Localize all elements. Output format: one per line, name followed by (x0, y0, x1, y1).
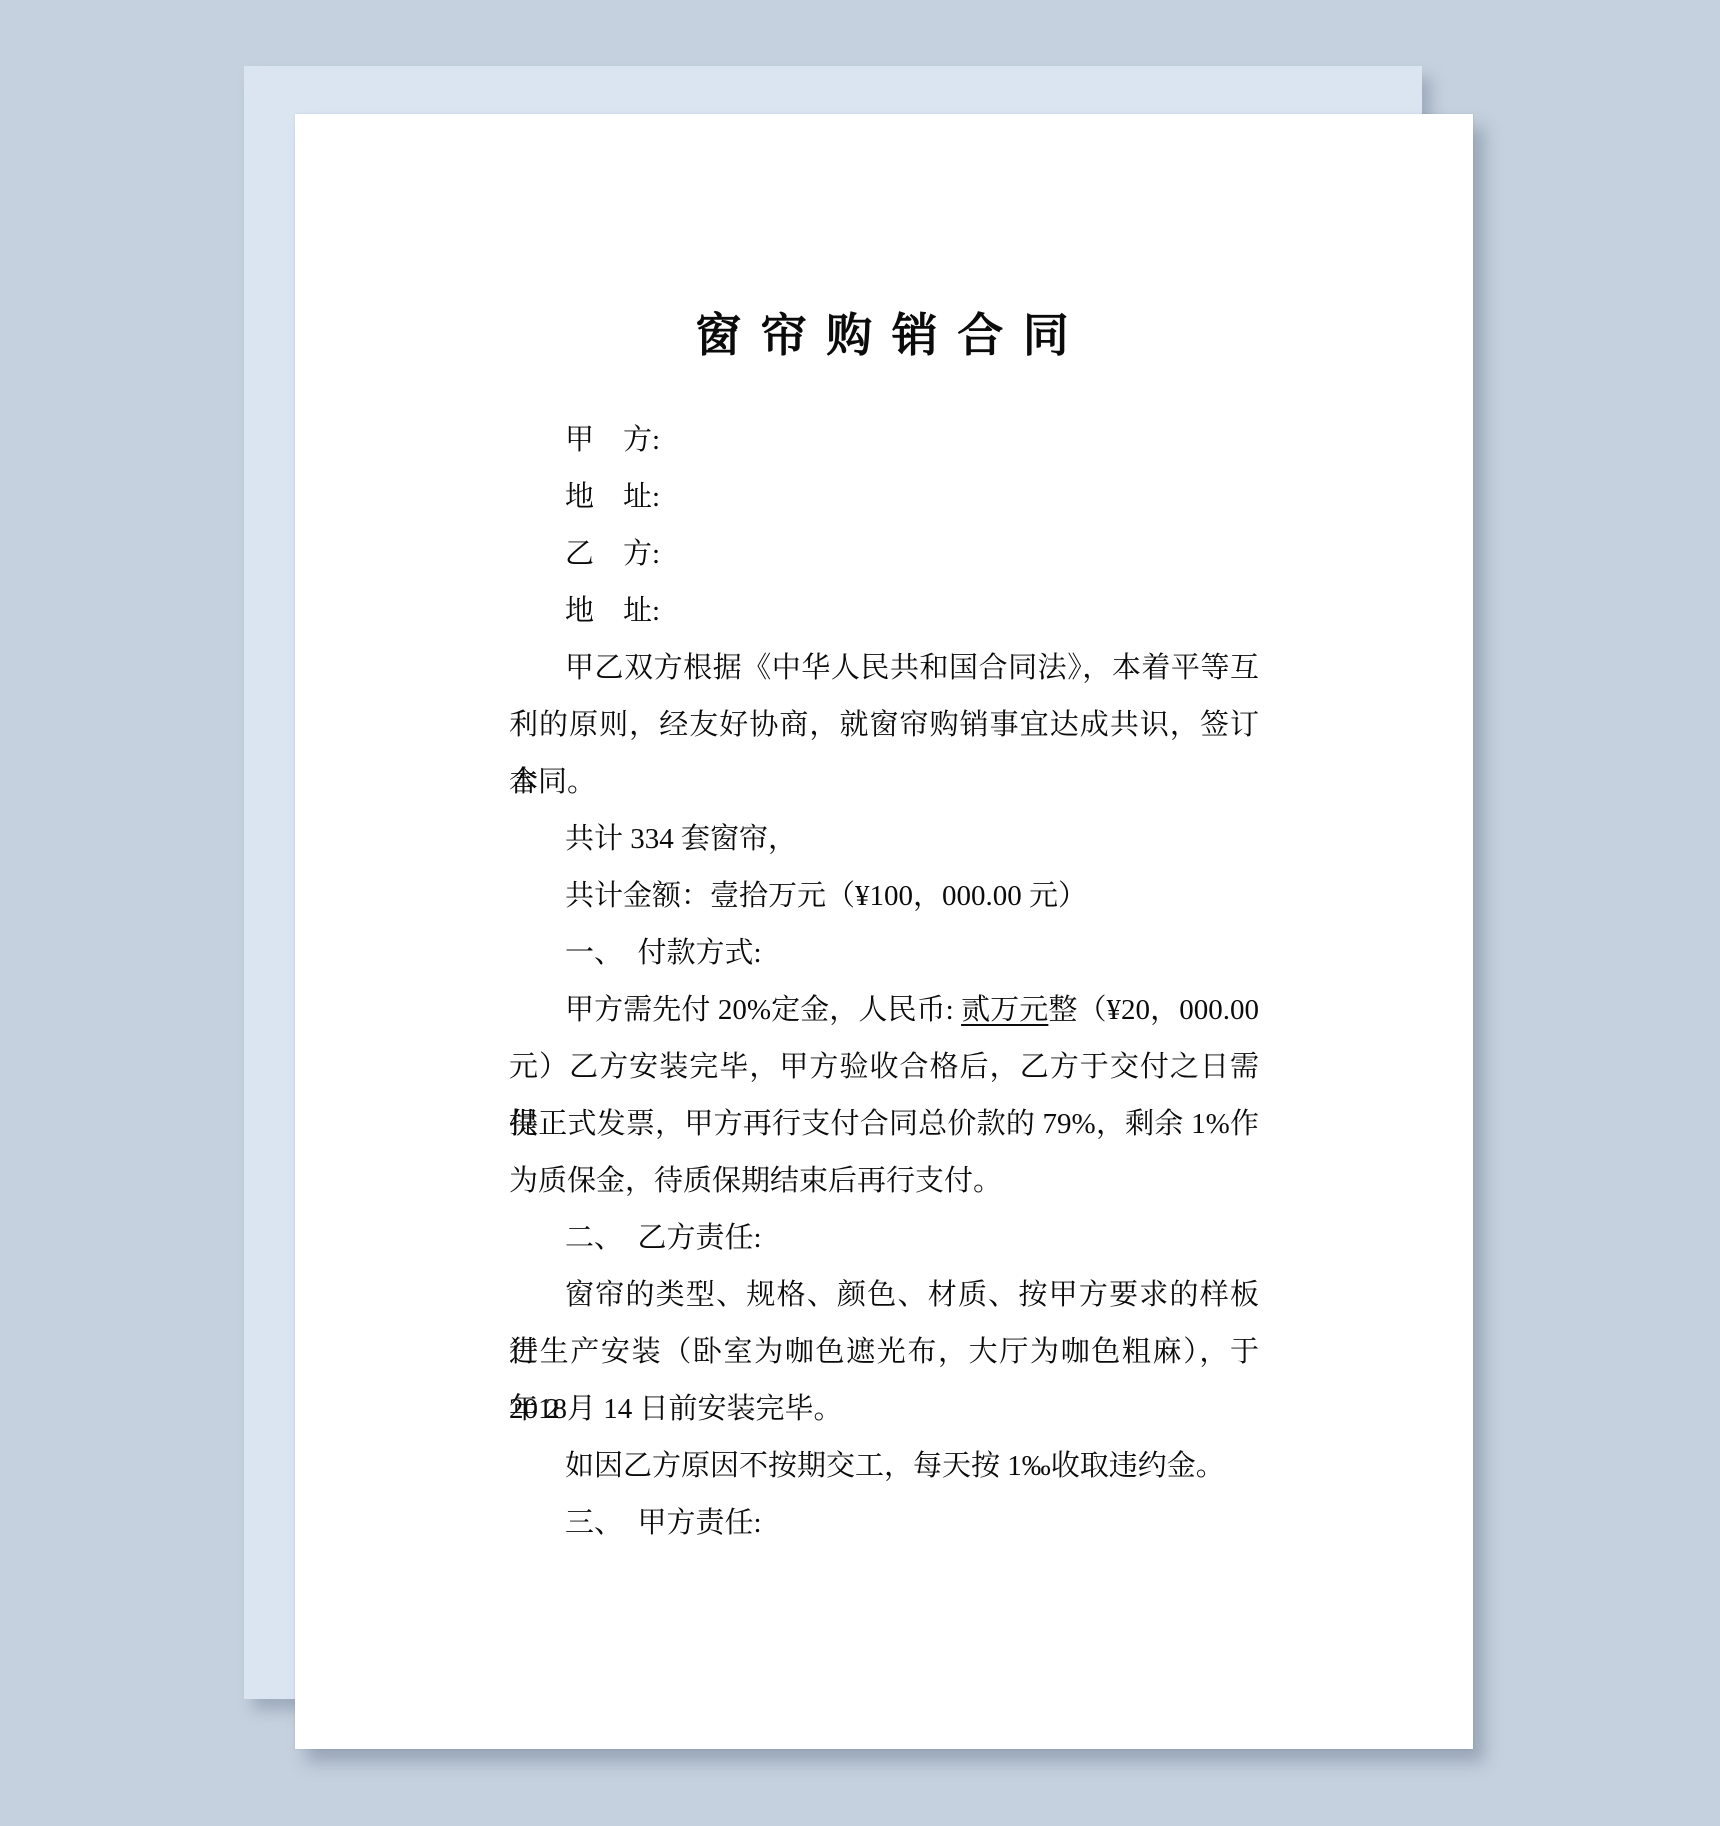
text-run: 合同。 (509, 766, 596, 798)
document-line: 甲方需先付 20%定金，人民币: 贰万元整（¥20，000.00 (509, 982, 1259, 1039)
text-run: 甲方需先付 20%定金，人民币: (565, 994, 961, 1026)
document-line: 乙 方: (509, 526, 1259, 583)
document-line: 利的原则，经友好协商，就窗帘购销事宜达成共识，签订本 (509, 697, 1259, 754)
document-line: 年 2 月 14 日前安装完毕。 (509, 1381, 1259, 1438)
text-run: 甲 方: (565, 424, 660, 456)
document-line: 地 址: (509, 583, 1259, 640)
document-line: 地 址: (509, 469, 1259, 526)
document-line: 元）乙方安装完毕，甲方验收合格后，乙方于交付之日需提 (509, 1039, 1259, 1096)
text-run: 甲乙双方根据《中华人民共和国合同法》，本着平等互 (565, 652, 1259, 684)
text-run: 整（¥20，000.00 (1048, 994, 1259, 1026)
document-line: 如因乙方原因不按期交工，每天按 1‰收取违约金。 (509, 1438, 1259, 1495)
document-line: 供正式发票，甲方再行支付合同总价款的 79%，剩余 1%作 (509, 1096, 1259, 1153)
text-run: 三、 甲方责任: (565, 1507, 762, 1539)
contract-page: 窗 帘 购 销 合 同 甲 方:地 址:乙 方:地 址:甲乙双方根据《中华人民共… (295, 114, 1473, 1749)
text-run: 共计 334 套窗帘， (565, 823, 797, 855)
text-run: 如因乙方原因不按期交工，每天按 1‰收取违约金。 (565, 1450, 1225, 1482)
text-run: 地 址: (565, 595, 660, 627)
text-run: 二、 乙方责任: (565, 1222, 762, 1254)
desk-background: 窗 帘 购 销 合 同 甲 方:地 址:乙 方:地 址:甲乙双方根据《中华人民共… (0, 0, 1720, 1826)
document-line: 三、 甲方责任: (509, 1495, 1259, 1552)
document-line: 甲乙双方根据《中华人民共和国合同法》，本着平等互 (509, 640, 1259, 697)
text-run: 共计金额：壹拾万元（¥100，000.00 元） (565, 880, 1087, 912)
text-run: 为质保金，待质保期结束后再行支付。 (509, 1165, 1002, 1197)
document-line: 行生产安装（卧室为咖色遮光布，大厅为咖色粗麻），于 2018 (509, 1324, 1259, 1381)
document-line: 窗帘的类型、规格、颜色、材质、按甲方要求的样板进 (509, 1267, 1259, 1324)
document-line: 二、 乙方责任: (509, 1210, 1259, 1267)
document-line: 共计金额：壹拾万元（¥100，000.00 元） (509, 868, 1259, 925)
document-title: 窗 帘 购 销 合 同 (295, 310, 1473, 362)
document-line: 一、 付款方式: (509, 925, 1259, 982)
document-line: 甲 方: (509, 412, 1259, 469)
document-body: 甲 方:地 址:乙 方:地 址:甲乙双方根据《中华人民共和国合同法》，本着平等互… (509, 412, 1259, 1552)
text-run: 年 2 月 14 日前安装完毕。 (509, 1393, 843, 1425)
document-line: 为质保金，待质保期结束后再行支付。 (509, 1153, 1259, 1210)
document-line: 共计 334 套窗帘， (509, 811, 1259, 868)
text-run: 供正式发票，甲方再行支付合同总价款的 79%，剩余 1%作 (509, 1108, 1259, 1140)
underlined-text: 贰万元 (961, 994, 1048, 1026)
document-line: 合同。 (509, 754, 1259, 811)
text-run: 乙 方: (565, 538, 660, 570)
text-run: 一、 付款方式: (565, 937, 762, 969)
text-run: 地 址: (565, 481, 660, 513)
